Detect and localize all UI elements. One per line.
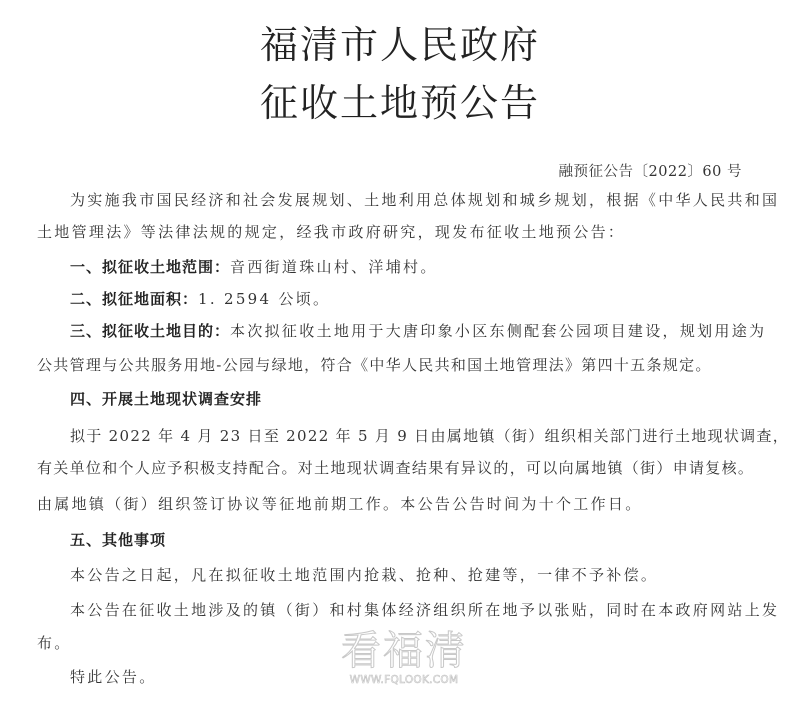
section-3-content-line-2: 公共管理与公共服务用地-公园与绿地，符合《中华人民共和国土地管理法》第四十五条规… bbox=[37, 355, 712, 375]
section-1-heading: 一、拟征收土地范围： bbox=[70, 258, 230, 276]
section-3: 三、拟征收土地目的：本次拟征收土地用于大唐印象小区东侧配套公园项目建设，规划用途… bbox=[70, 321, 766, 341]
section-3-content-line-1: 本次拟征收土地用于大唐印象小区东侧配套公园项目建设，规划用途为 bbox=[230, 322, 766, 340]
notice-title: 征收土地预公告 bbox=[0, 84, 800, 122]
watermark-url: WWW.FQLOOK.COM bbox=[334, 674, 474, 686]
watermark-logo-text: 看福清 bbox=[334, 630, 474, 672]
section-4-line-2: 有关单位和个人应予积极支持配合。对土地现状调查结果有异议的，可以向属地镇（街）申… bbox=[37, 458, 754, 478]
section-3-heading: 三、拟征收土地目的： bbox=[70, 322, 230, 340]
section-5-heading: 五、其他事项 bbox=[70, 530, 166, 550]
section-2-content: 1. 2594 公顷。 bbox=[198, 290, 330, 308]
closing-statement: 特此公告。 bbox=[70, 667, 157, 687]
section-5-line-3: 布。 bbox=[37, 633, 72, 653]
issuer-title: 福清市人民政府 bbox=[0, 26, 800, 64]
document-number: 融预征公告〔2022〕60 号 bbox=[559, 160, 742, 181]
section-4-line-1: 拟于 2022 年 4 月 23 日至 2022 年 5 月 9 日由属地镇（街… bbox=[70, 426, 789, 446]
intro-line-2: 土地管理法》等法律法规的规定，经我市政府研究，现发布征收土地预公告： bbox=[37, 222, 625, 242]
intro-line-1: 为实施我市国民经济和社会发展规划、土地利用总体规划和城乡规划，根据《中华人民共和… bbox=[70, 190, 779, 210]
section-2-heading: 二、拟征地面积： bbox=[70, 290, 198, 308]
section-1-content: 音西街道珠山村、洋埔村。 bbox=[230, 258, 438, 276]
section-5-line-2: 本公告在征收土地涉及的镇（街）和村集体经济组织所在地予以张贴，同时在本政府网站上… bbox=[70, 600, 779, 620]
section-2: 二、拟征地面积：1. 2594 公顷。 bbox=[70, 289, 330, 309]
section-4-line-3: 由属地镇（街）组织签订协议等征地前期工作。本公告公告时间为十个工作日。 bbox=[37, 494, 643, 514]
section-4-heading: 四、开展土地现状调查安排 bbox=[70, 389, 262, 409]
section-1: 一、拟征收土地范围：音西街道珠山村、洋埔村。 bbox=[70, 257, 438, 277]
site-watermark: 看福清 WWW.FQLOOK.COM bbox=[334, 630, 474, 686]
section-5-line-1: 本公告之日起，凡在拟征收土地范围内抢栽、抢种、抢建等，一律不予补偿。 bbox=[70, 565, 658, 585]
